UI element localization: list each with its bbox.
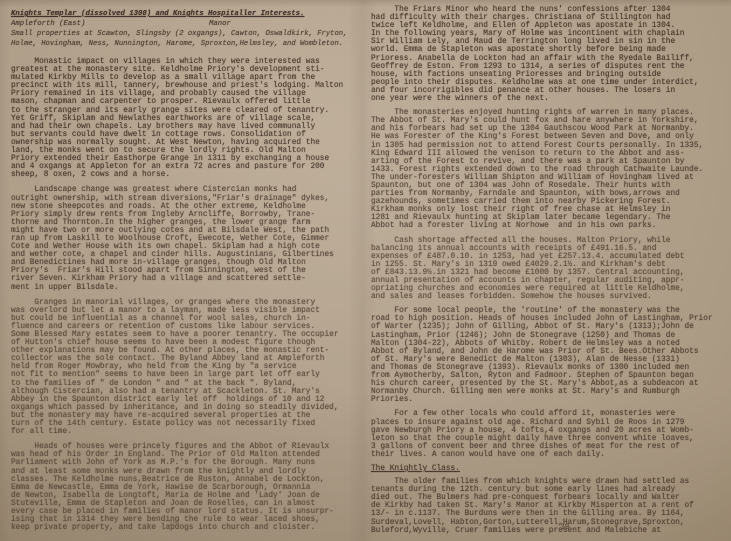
paragraph-friars-minor: The Friars Minor who heard the nuns' con… <box>371 6 729 103</box>
paragraph-old-age-insurance: For a few other locals who could afford … <box>371 410 729 459</box>
paragraph-high-position: For some local people, the 'routine' of … <box>371 307 729 404</box>
paragraph-hunting-rights: The monasteries enjoyed hunting rights o… <box>371 109 729 230</box>
page-number-right: 39 <box>560 524 569 532</box>
paragraph-monastic-impact: Monastic impact on villages in which the… <box>11 58 361 179</box>
left-page: Knights Templar (dissolved 1308) and Kni… <box>11 9 361 539</box>
paragraph-cash-shortage: Cash shortage affected all the houses. M… <box>371 237 729 302</box>
manor-name: Ampleforth (East) <box>11 20 85 28</box>
page-number-left: 38 <box>168 521 177 529</box>
manor-entry-header: Knights Templar (dissolved 1308) and Kni… <box>11 9 361 49</box>
right-page: The Friars Minor who heard the nuns' con… <box>371 6 729 541</box>
paragraph-landscape-change: Landscape change was greatest where Cist… <box>11 186 361 291</box>
paragraph-knightly-class: The older families from which knights we… <box>371 478 729 535</box>
knightly-class-heading: The Knightly Class. <box>371 465 729 473</box>
entry-title: Knights Templar (dissolved 1308) and Kni… <box>11 9 361 19</box>
properties-note: Small properties at Scawton, Slingsby (2… <box>11 29 361 49</box>
manor-label: Manor <box>209 19 231 29</box>
book-page-spread: Knights Templar (dissolved 1308) and Kni… <box>0 0 731 541</box>
paragraph-heads-of-houses: Heads of houses were princely figures an… <box>11 443 361 532</box>
paragraph-granges: Granges in manorial villages, or granges… <box>11 299 361 437</box>
entry-subtitle-row: Ampleforth (East) Manor <box>11 19 361 29</box>
